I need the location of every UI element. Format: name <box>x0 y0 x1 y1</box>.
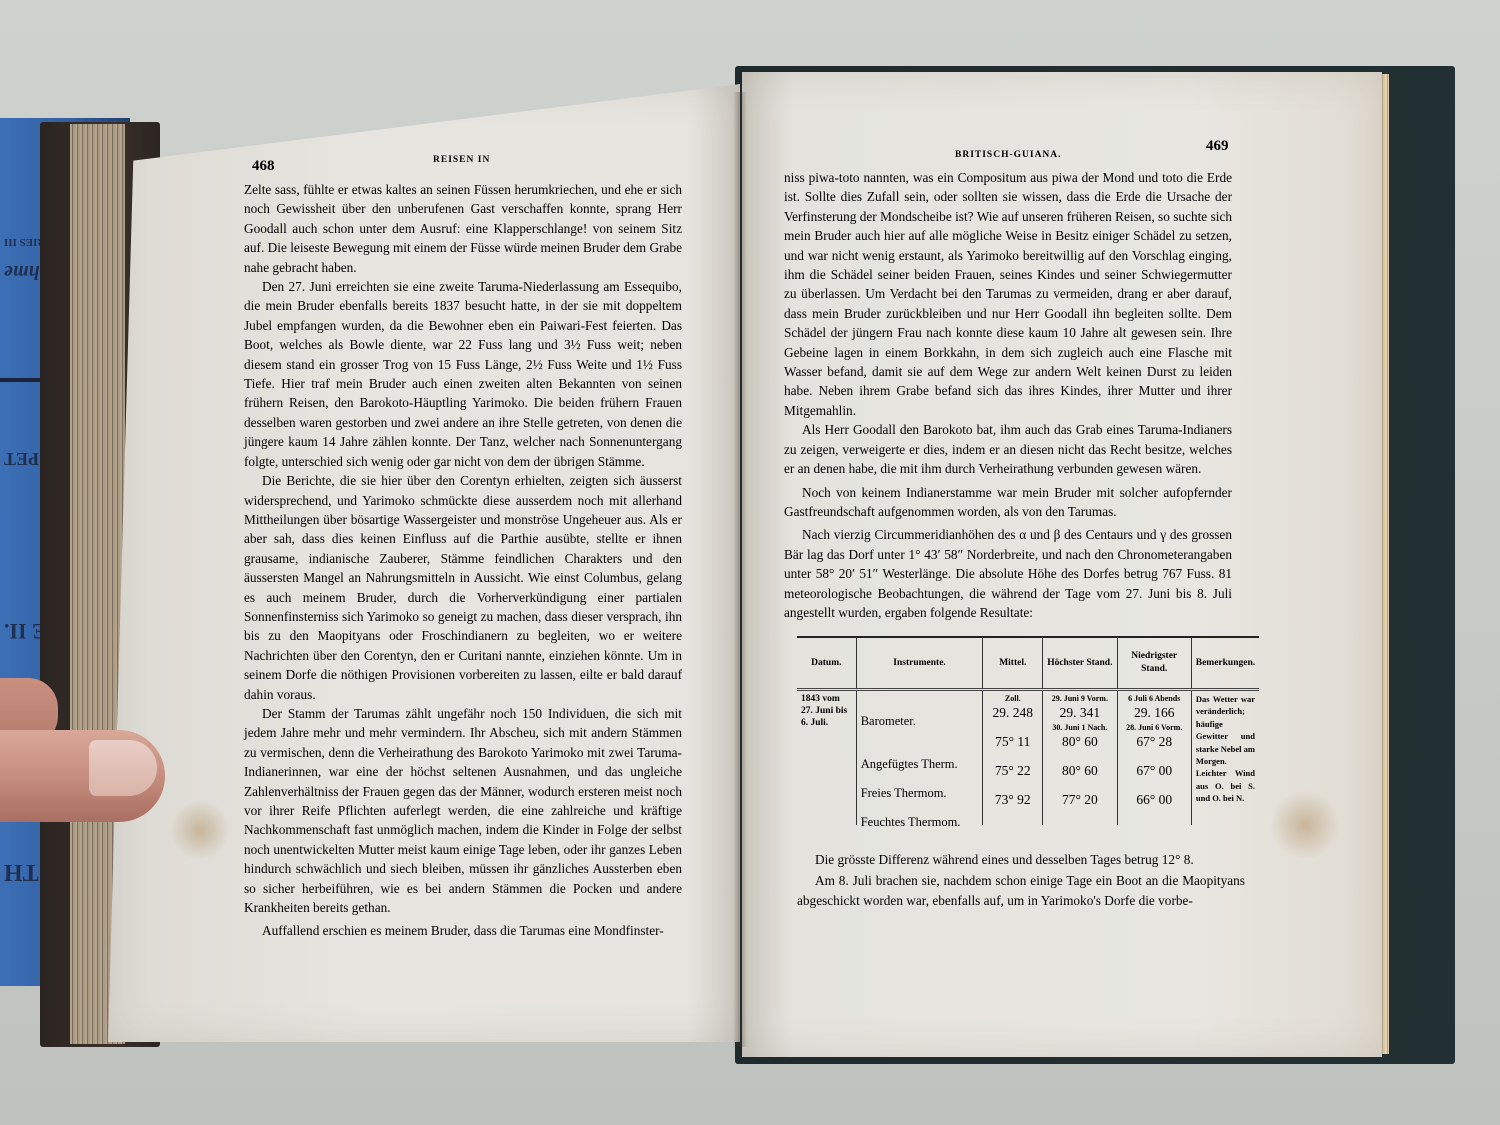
foxing-stain <box>1270 790 1340 860</box>
remarks-cell: Das Wetter war veränderlich; häufige Gew… <box>1191 690 1259 826</box>
value: 80° 60 <box>1047 733 1112 751</box>
hoechster-cell: 29. Juni 9 Vorm. 29. 341 30. Juni 1 Nach… <box>1043 690 1117 826</box>
paragraph: Den 27. Juni erreichten sie eine zweite … <box>244 277 682 471</box>
foxing-stain <box>170 800 230 860</box>
right-page-text: niss piwa-toto nannten, was ein Composit… <box>784 168 1232 622</box>
value: 80° 60 <box>1047 762 1112 780</box>
value: 75° 11 <box>987 733 1038 751</box>
niedrigster-cell: 6 Juli 6 Abends 29. 166 28. Juni 6 Vorm.… <box>1117 690 1191 826</box>
thumb <box>0 730 165 822</box>
blue-book-text: TH <box>4 858 39 885</box>
date-note: 6 Juli 6 Abends <box>1122 693 1187 704</box>
thumbnail <box>89 740 157 796</box>
value: 77° 20 <box>1047 791 1112 809</box>
table-header-row: Datum. Instrumente. Mittel. Höchster Sta… <box>797 637 1259 690</box>
date-note: 28. Juni 6 Vorm. <box>1122 722 1187 733</box>
right-running-head: BRITISCH-GUIANA. <box>955 150 1062 160</box>
value: 67° 28 <box>1122 733 1187 751</box>
unit-note: Zoll. <box>987 693 1038 704</box>
value: 73° 92 <box>987 791 1038 809</box>
paragraph: Noch von keinem Indianerstamme war mein … <box>784 483 1232 522</box>
date-note: 29. Juni 9 Vorm. <box>1047 693 1112 704</box>
value: 75° 22 <box>987 762 1038 780</box>
paragraph: Auffallend erschien es meinem Bruder, da… <box>244 921 682 940</box>
header-datum: Datum. <box>797 637 856 690</box>
meteorological-table: Datum. Instrumente. Mittel. Höchster Sta… <box>797 636 1259 825</box>
header-mittel: Mittel. <box>983 637 1043 690</box>
date-note: 30. Juni 1 Nach. <box>1047 722 1112 733</box>
mittel-cell: Zoll. 29. 248 75° 11 75° 22 73° 92 <box>983 690 1043 826</box>
value: 67° 00 <box>1122 762 1187 780</box>
paragraph: Die grösste Differenz während eines und … <box>797 850 1245 869</box>
paragraph: Als Herr Goodall den Barokoto bat, ihm a… <box>784 420 1232 478</box>
right-page-number: 469 <box>1206 138 1229 155</box>
paragraph: niss piwa-toto nannten, was ein Composit… <box>784 168 1232 420</box>
value: 29. 341 <box>1047 704 1112 722</box>
value: 66° 00 <box>1122 791 1187 809</box>
instrument-label: Angefügtes Therm. <box>861 736 979 765</box>
header-niedrigster: Niedrigster Stand. <box>1117 637 1191 690</box>
value: 29. 248 <box>987 704 1038 722</box>
paragraph: Die Berichte, die sie hier über den Core… <box>244 471 682 704</box>
instrument-label: Barometer. <box>861 707 979 736</box>
header-bemerkungen: Bemerkungen. <box>1191 637 1259 690</box>
datum-cell: 1843 vom 27. Juni bis 6. Juli. <box>797 690 856 826</box>
right-page-text-after-table: Die grösste Differenz während eines und … <box>797 850 1245 910</box>
paragraph: Nach vierzig Circummeridianhöhen des α u… <box>784 525 1232 622</box>
blue-book-text: PET <box>4 448 39 469</box>
table-row: 1843 vom 27. Juni bis 6. Juli. Barometer… <box>797 690 1259 826</box>
book-gutter <box>733 92 747 1047</box>
paragraph: Am 8. Juli brachen sie, nachdem schon ei… <box>797 871 1245 910</box>
instrument-cell: Barometer. Angefügtes Therm. Freies Ther… <box>856 690 983 826</box>
header-instrumente: Instrumente. <box>856 637 983 690</box>
left-page-number: 468 <box>252 158 275 175</box>
left-running-head: REISEN IN <box>433 155 490 165</box>
paragraph: Der Stamm der Tarumas zählt ungefähr noc… <box>244 704 682 917</box>
value: 29. 166 <box>1122 704 1187 722</box>
header-hoechster: Höchster Stand. <box>1043 637 1117 690</box>
left-page-text: Zelte sass, fühlte er etwas kaltes an se… <box>244 180 682 941</box>
paragraph: Zelte sass, fühlte er etwas kaltes an se… <box>244 180 682 277</box>
